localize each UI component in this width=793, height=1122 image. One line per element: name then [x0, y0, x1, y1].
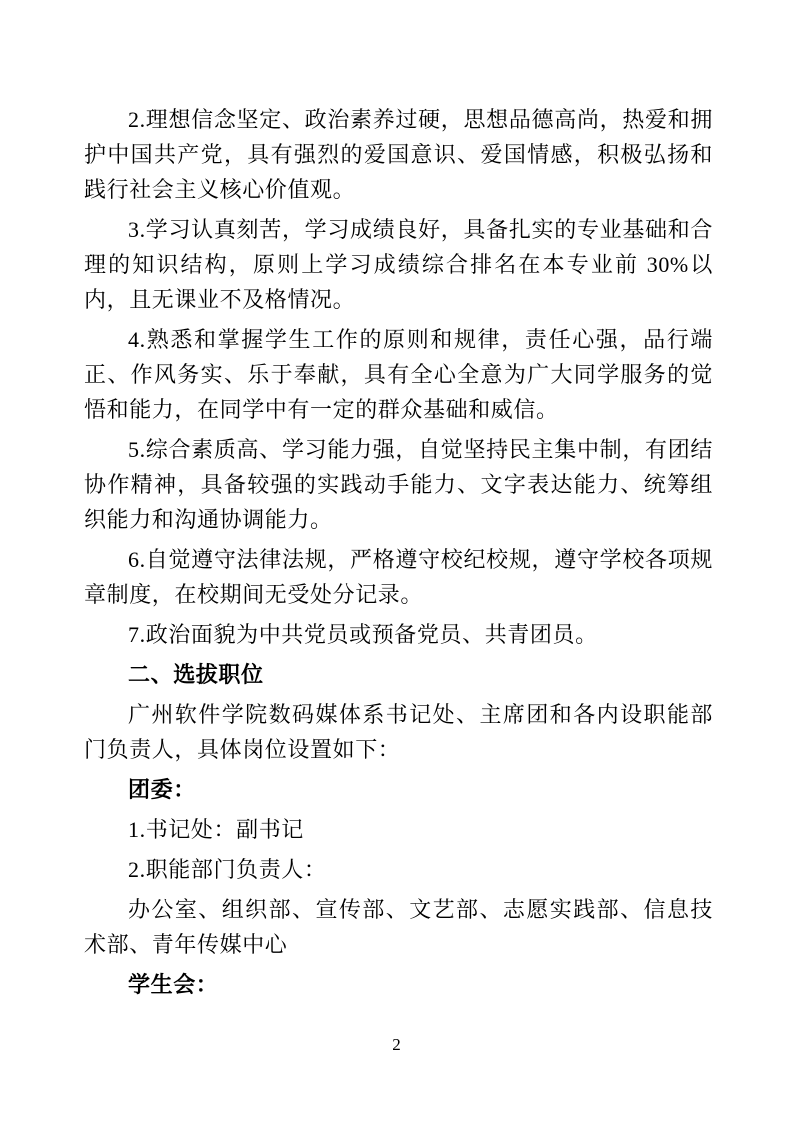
subheading-youth-league-committee: 团委：: [84, 772, 713, 807]
section-heading-selection-positions: 二、选拔职位: [84, 657, 713, 692]
document-page: 2.理想信念坚定、政治素养过硬，思想品德高尚，热爱和拥护中国共产党，具有强烈的爱…: [0, 0, 793, 1122]
paragraph-requirement-7: 7.政治面貌为中共党员或预备党员、共青团员。: [84, 617, 713, 652]
page-number: 2: [392, 1035, 401, 1054]
paragraph-requirement-6: 6.自觉遵守法律法规，严格遵守校纪校规，遵守学校各项规章制度，在校期间无受处分记…: [84, 542, 713, 612]
paragraph-department-heads-label: 2.职能部门负责人：: [84, 852, 713, 887]
paragraph-requirement-4: 4.熟悉和掌握学生工作的原则和规律，责任心强，品行端正、作风务实、乐于奉献，具有…: [84, 322, 713, 427]
paragraph-requirement-3: 3.学习认真刻苦，学习成绩良好，具备扎实的专业基础和合理的知识结构，原则上学习成…: [84, 212, 713, 317]
paragraph-secretariat-position: 1.书记处：副书记: [84, 812, 713, 847]
paragraph-selection-intro: 广州软件学院数码媒体系书记处、主席团和各内设职能部门负责人，具体岗位设置如下：: [84, 697, 713, 767]
paragraph-requirement-5: 5.综合素质高、学习能力强，自觉坚持民主集中制，有团结协作精神，具备较强的实践动…: [84, 432, 713, 537]
page-footer: 2: [0, 1034, 793, 1056]
document-body: 2.理想信念坚定、政治素养过硬，思想品德高尚，热爱和拥护中国共产党，具有强烈的爱…: [84, 102, 713, 1002]
subheading-student-union: 学生会：: [84, 967, 713, 1002]
paragraph-department-list: 办公室、组织部、宣传部、文艺部、志愿实践部、信息技术部、青年传媒中心: [84, 892, 713, 962]
paragraph-requirement-2: 2.理想信念坚定、政治素养过硬，思想品德高尚，热爱和拥护中国共产党，具有强烈的爱…: [84, 102, 713, 207]
